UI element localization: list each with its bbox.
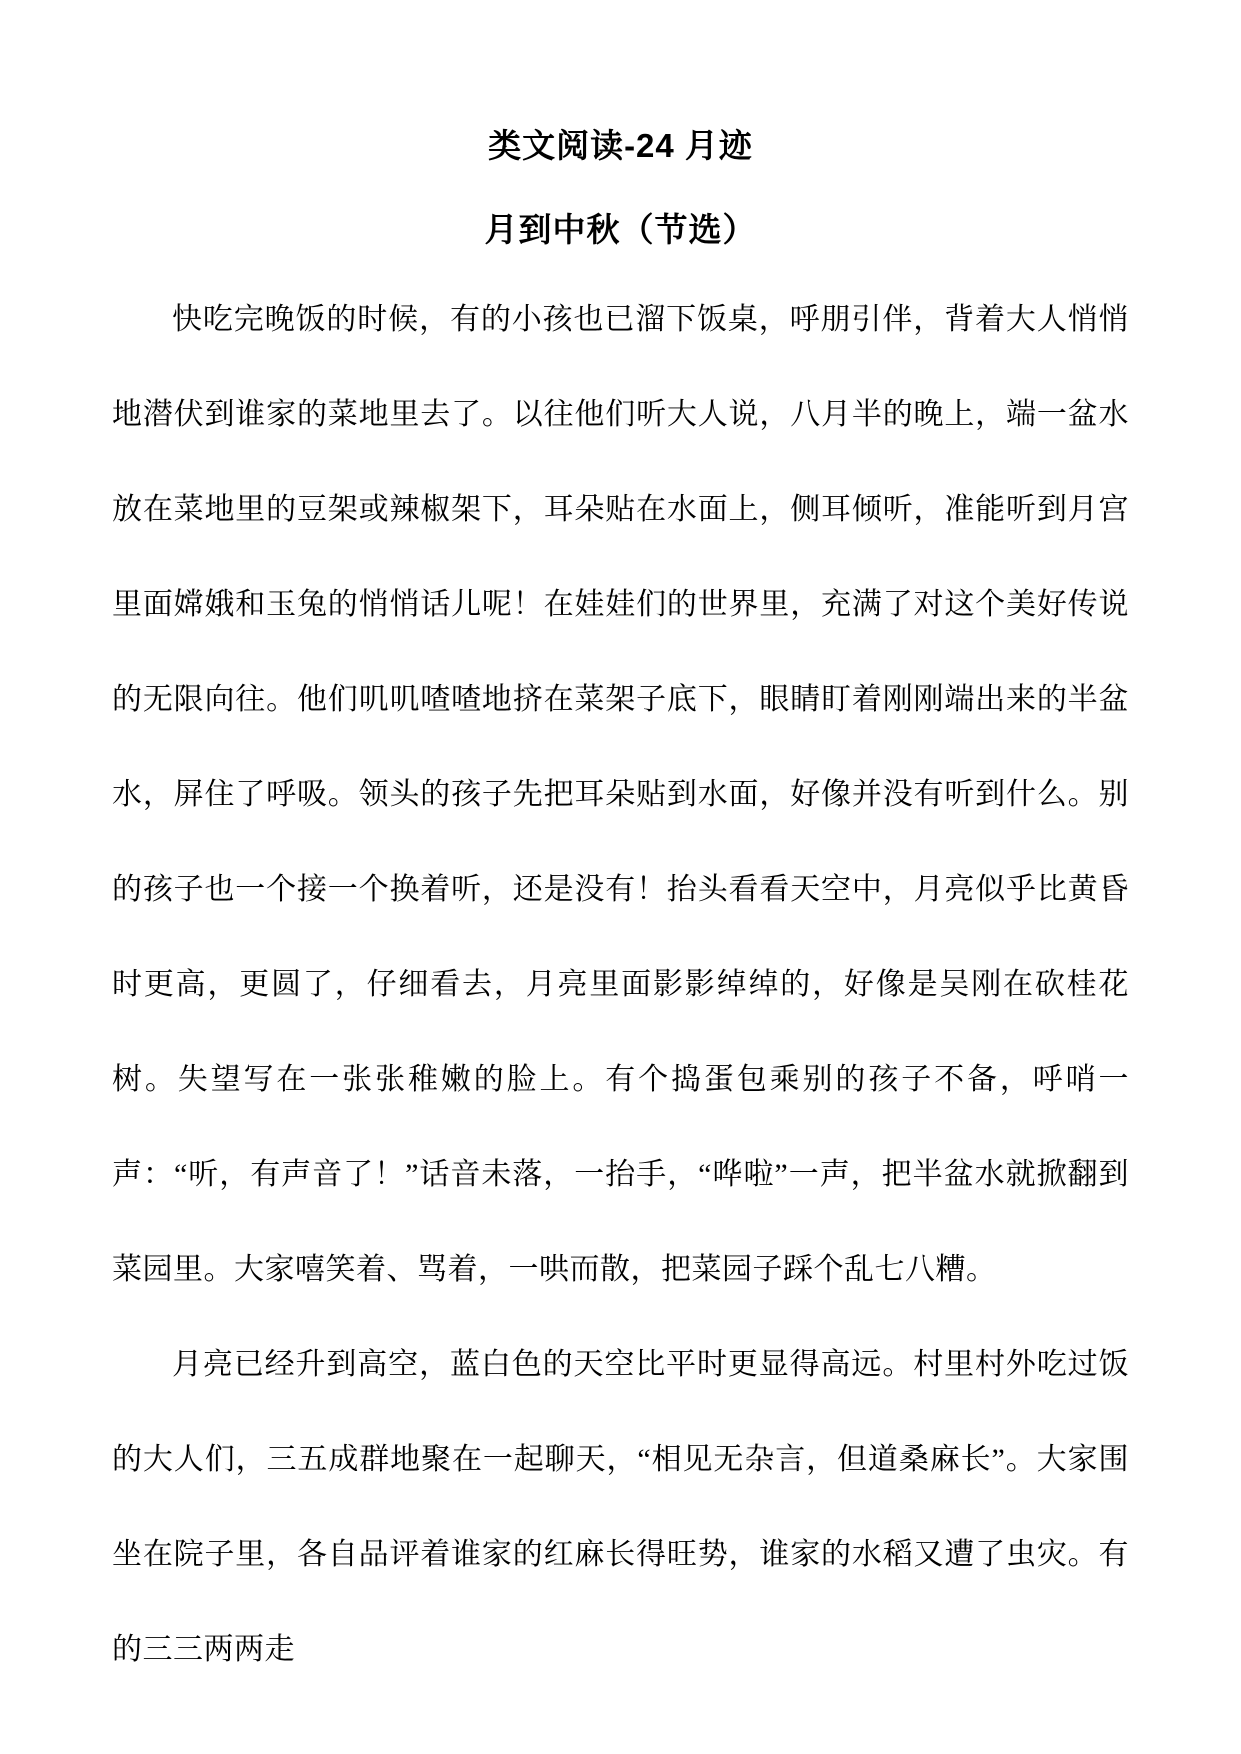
- document-page: 类文阅读-24 月迹 月到中秋（节选） 快吃完晚饭的时候，有的小孩也已溜下饭桌，…: [0, 0, 1241, 1754]
- doc-subtitle: 月到中秋（节选）: [112, 210, 1129, 250]
- paragraph-1: 快吃完晚饭的时候，有的小孩也已溜下饭桌，呼朋引伴，背着大人悄悄地潜伏到谁家的菜地…: [112, 272, 1129, 1317]
- doc-title: 类文阅读-24 月迹: [112, 126, 1129, 166]
- paragraph-2: 月亮已经升到高空，蓝白色的天空比平时更显得高远。村里村外吃过饭的大人们，三五成群…: [112, 1317, 1129, 1697]
